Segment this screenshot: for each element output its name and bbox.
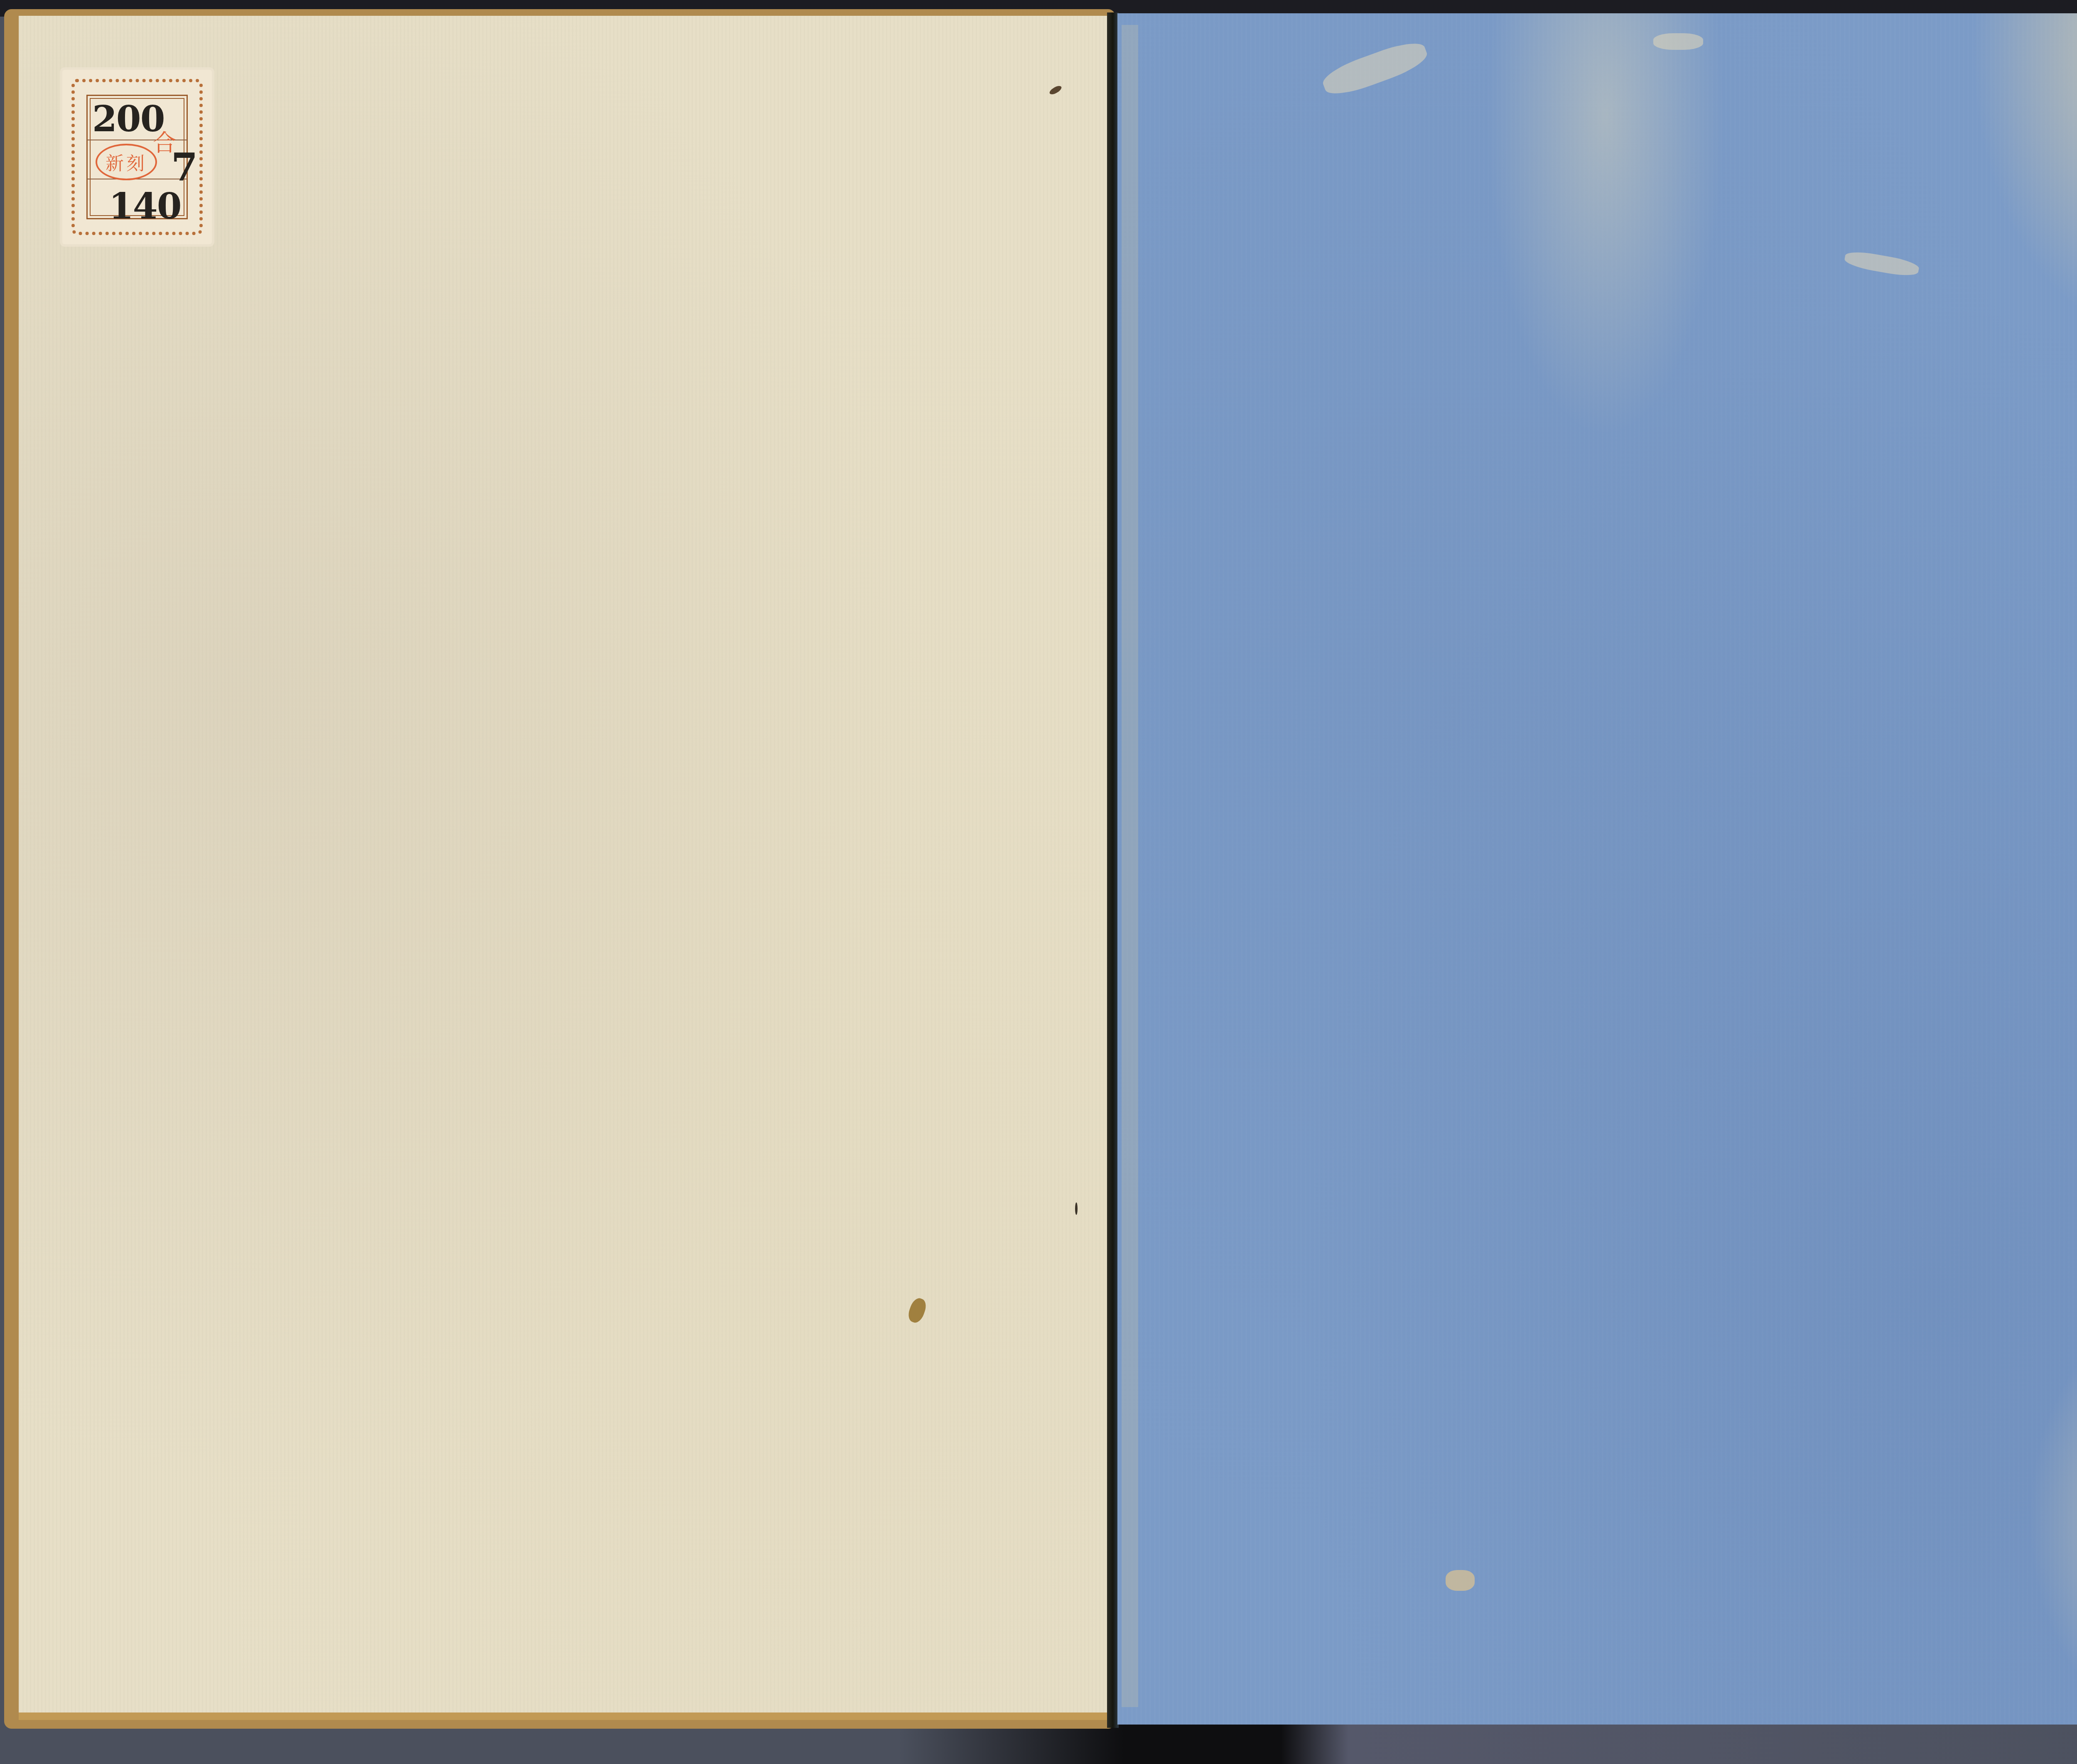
blue-cover-page	[1117, 13, 2077, 1725]
book-gutter	[1107, 12, 1119, 1728]
label-bottom-number: 140	[109, 189, 181, 224]
background-bottom	[0, 1724, 2077, 1764]
paper-blemish	[1075, 1202, 1078, 1215]
label-red-seal: 新刻	[96, 144, 157, 180]
cover-wear	[1122, 25, 1138, 1707]
cover-wear	[1446, 1570, 1475, 1591]
label-side-number: 7	[171, 145, 198, 189]
library-call-number-label: 200 新刻 合 7 140	[62, 70, 212, 244]
left-endpaper-page	[19, 16, 1109, 1720]
cover-wear	[1653, 33, 1703, 50]
